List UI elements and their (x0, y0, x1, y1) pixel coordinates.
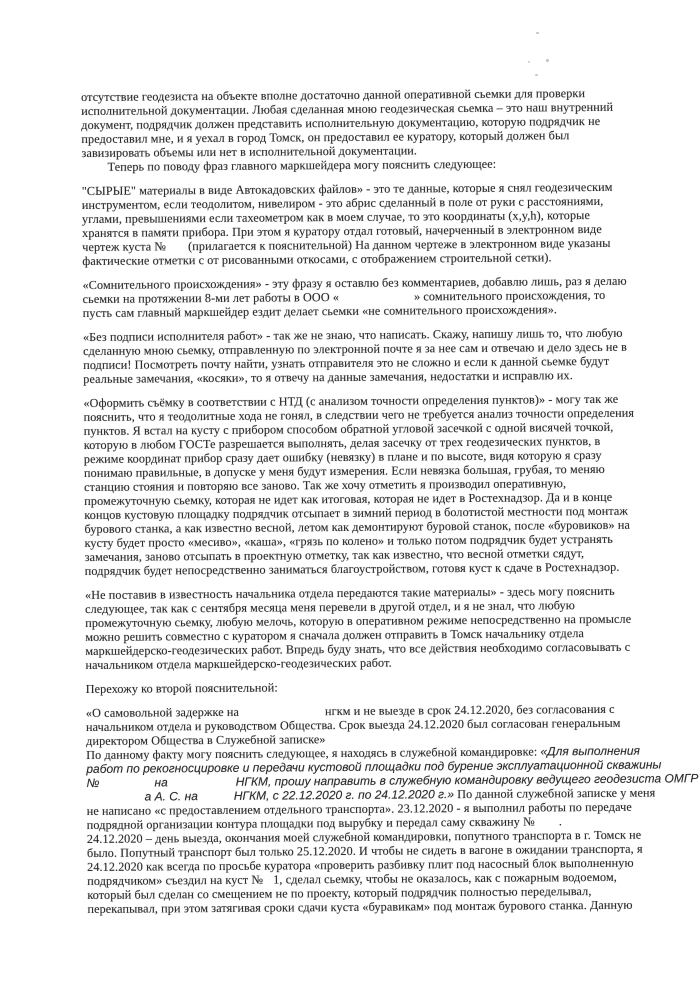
para-no-signature: «Без подписи исполнителя работ» - так же… (83, 325, 699, 386)
text-segment: Перехожу ко второй пояснительной: (86, 680, 278, 696)
scan-speck (535, 74, 538, 76)
text-segment: «Для выполнения (540, 744, 640, 759)
redacted-gap (263, 882, 273, 884)
document-body: отсутствие геодезиста на объекте вполне … (81, 85, 700, 926)
redacted-gap (166, 248, 188, 250)
para-second-note-intro: Перехожу ко второй пояснительной: (86, 677, 700, 696)
redacted-gap (339, 298, 414, 301)
text-segment: фактические отметки с от рисованными отк… (82, 250, 551, 268)
text-line: Перехожу ко второй пояснительной: (86, 677, 700, 696)
text-segment: а А. С. на (144, 789, 197, 803)
para-unauthorized-delay: «О самовольной задержке нангкм и не выез… (86, 701, 700, 916)
text-segment: подрядчик будет непосредственно занимать… (85, 560, 620, 578)
para-operational-survey: отсутствие геодезиста на объекте вполне … (81, 85, 698, 174)
text-segment: начальником отдела маркшейдерско-геодези… (85, 656, 391, 672)
redacted-gap (99, 784, 154, 786)
para-raw-materials: "СЫРЫЕ" материалы в виде Автокадовских ф… (82, 179, 699, 268)
redacted-gap (82, 169, 108, 171)
text-segment: на (154, 775, 167, 789)
text-segment: пусть сам главный маркшейдер ездит делае… (83, 302, 557, 320)
para-doubtful-origin: «Сомнительного происхождения» - эту фраз… (82, 273, 698, 320)
scan-speck (536, 32, 539, 34)
text-segment: » сомнительного происхождения, то (414, 288, 605, 304)
text-segment: перекапывал, при этом затягивая сроки сд… (87, 898, 632, 916)
scanned-page: отсутствие геодезиста на объекте вполне … (0, 0, 700, 990)
text-segment: . (559, 814, 562, 828)
scan-speck (546, 59, 549, 62)
text-segment: № (86, 776, 99, 790)
redacted-gap (535, 823, 559, 825)
text-segment: Теперь по поводу фраз главного маркшейде… (108, 157, 497, 174)
redacted-gap (198, 798, 234, 800)
text-segment: реальные замечания, «косяки», то я отвеч… (83, 368, 573, 386)
para-ntd-survey: «Оформить съёмку в соответствии с НТД (с… (83, 391, 700, 578)
redacted-gap (168, 784, 236, 787)
text-segment: «О самовольной задержке на (86, 705, 239, 720)
redacted-gap (87, 799, 145, 801)
scan-speck (528, 61, 530, 63)
text-segment: подрядчиком» съездил на куст № (87, 873, 263, 888)
redacted-gap (239, 713, 325, 716)
text-segment: чертеж куста № (82, 239, 166, 254)
para-not-informed: «Не поставив в известность начальника от… (85, 583, 700, 672)
